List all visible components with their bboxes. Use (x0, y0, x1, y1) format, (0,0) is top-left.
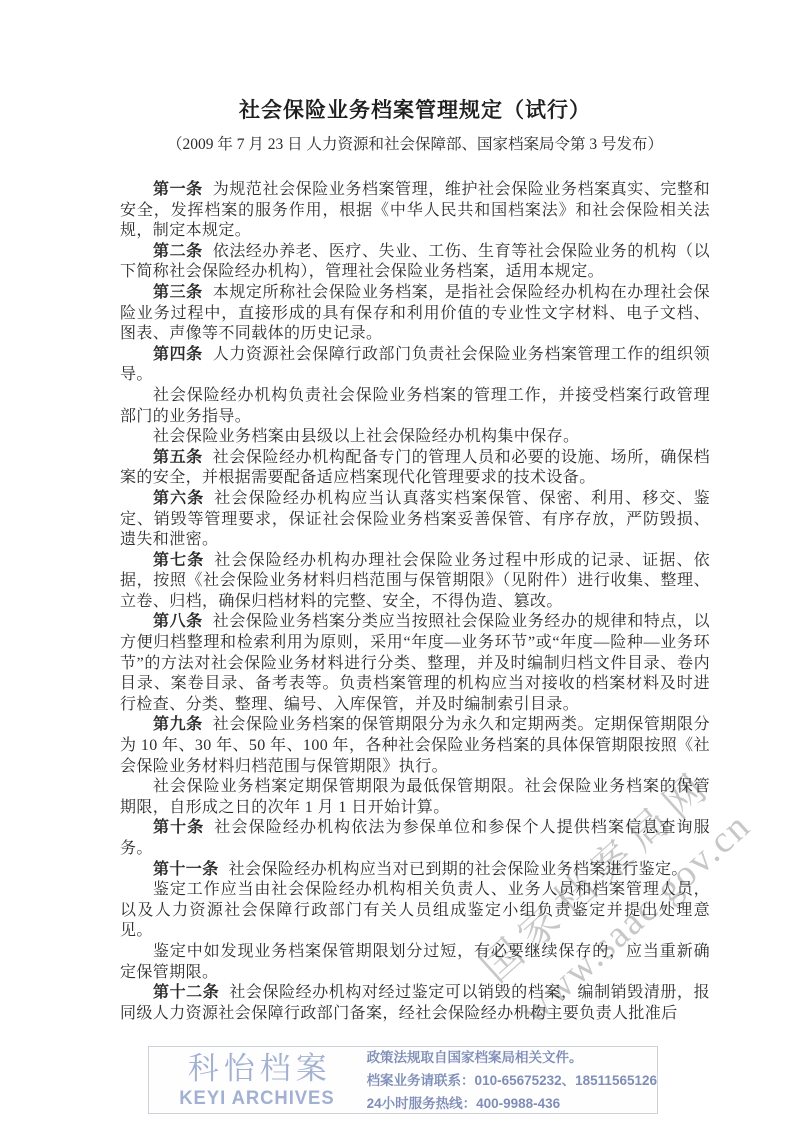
footer-hotline: 24小时服务热线：400-9988-436 (367, 1092, 657, 1115)
article-paragraph: 第十一条社会保险经办机构应当对已到期的社会保险业务档案进行鉴定。 (120, 860, 710, 881)
logo-english-text: KEYI ARCHIVES (165, 1089, 349, 1108)
document-title: 社会保险业务档案管理规定（试行） (120, 94, 710, 124)
article-number: 第九条 (153, 716, 203, 733)
document-subtitle: （2009 年 7 月 23 日 人力资源和社会保障部、国家档案局令第 3 号发… (120, 132, 710, 154)
article-paragraph: 第十二条社会保险经办机构对经过鉴定可以销毁的档案，编制销毁清册，报同级人力资源社… (120, 983, 710, 1024)
article-paragraph: 社会保险业务档案由县级以上社会保险经办机构集中保存。 (120, 427, 710, 448)
article-number: 第五条 (153, 449, 203, 466)
article-number: 第一条 (153, 181, 203, 198)
footer-box: 科怡档案 KEYI ARCHIVES 政策法规取自国家档案局相关文件。 档案业务… (148, 1046, 658, 1114)
article-number: 第三条 (153, 284, 203, 301)
article-paragraph: 第七条社会保险经办机构办理社会保险业务过程中形成的记录、证据、依据，按照《社会保… (120, 551, 710, 613)
article-paragraph: 第五条社会保险经办机构配备专门的管理人员和必要的设施、场所，确保档案的安全，并根… (120, 448, 710, 489)
article-paragraph: 第三条本规定所称社会保险业务档案，是指社会保险经办机构在办理社会保险业务过程中，… (120, 283, 710, 345)
logo-chinese-text: 科怡档案 (165, 1053, 355, 1084)
article-paragraph: 第一条为规范社会保险业务档案管理，维护社会保险业务档案真实、完整和安全，发挥档案… (120, 180, 710, 242)
article-number: 第七条 (153, 552, 204, 569)
article-number: 第十条 (153, 819, 204, 836)
article-paragraph: 第二条依法经办养老、医疗、失业、工伤、生育等社会保险业务的机构（以下简称社会保险… (120, 242, 710, 283)
article-number: 第六条 (153, 490, 204, 507)
footer-logo: 科怡档案 KEYI ARCHIVES (165, 1053, 355, 1108)
footer-contact-phones: 档案业务请联系：010-65675232、18511565126 (367, 1069, 657, 1092)
article-paragraph: 鉴定工作应当由社会保险经办机构相关负责人、业务人员和档案管理人员，以及人力资源社… (120, 880, 710, 942)
article-number: 第十二条 (153, 984, 219, 1001)
article-paragraph: 鉴定中如发现业务档案保管期限划分过短，有必要继续保存的，应当重新确定保管期限。 (120, 942, 710, 983)
document-page: 国家档案局网 www.saac.gov.cn 社会保险业务档案管理规定（试行） … (0, 0, 793, 1122)
article-paragraph: 第六条社会保险经办机构应当认真落实档案保管、保密、利用、移交、鉴定、销毁等管理要… (120, 489, 710, 551)
article-paragraph: 社会保险经办机构负责社会保险业务档案的管理工作，并接受档案行政管理部门的业务指导… (120, 386, 710, 427)
article-paragraph: 第八条社会保险业务档案分类应当按照社会保险业务经办的规律和特点，以方便归档整理和… (120, 612, 710, 715)
document-body: 社会保险业务档案管理规定（试行） （2009 年 7 月 23 日 人力资源和社… (120, 94, 710, 1024)
article-paragraph: 第十条社会保险经办机构依法为参保单位和参保个人提供档案信息查询服务。 (120, 818, 710, 859)
article-number: 第二条 (153, 243, 203, 260)
article-paragraph: 社会保险业务档案定期保管期限为最低保管期限。社会保险业务档案的保管期限，自形成之… (120, 777, 710, 818)
footer-contact-info: 政策法规取自国家档案局相关文件。 档案业务请联系：010-65675232、18… (367, 1046, 657, 1115)
article-number: 第八条 (153, 613, 203, 630)
article-number: 第十一条 (153, 861, 219, 878)
article-list: 第一条为规范社会保险业务档案管理，维护社会保险业务档案真实、完整和安全，发挥档案… (120, 180, 710, 1024)
article-paragraph: 第九条社会保险业务档案的保管期限分为永久和定期两类。定期保管期限分为 10 年、… (120, 715, 710, 777)
footer-source-note: 政策法规取自国家档案局相关文件。 (367, 1046, 657, 1069)
article-paragraph: 第四条人力资源社会保障行政部门负责社会保险业务档案管理工作的组织领导。 (120, 345, 710, 386)
article-number: 第四条 (153, 346, 203, 363)
